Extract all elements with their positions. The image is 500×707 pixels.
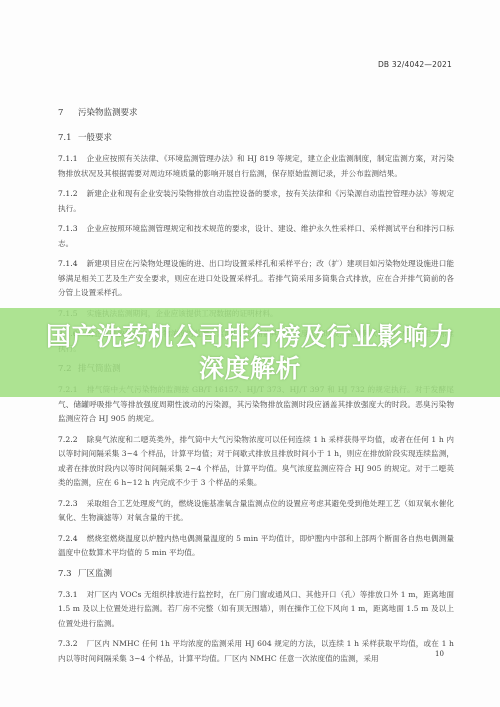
clause-number: 7.1.1	[58, 154, 78, 163]
clause-number: 7.1.4	[58, 259, 78, 268]
clause-text: 除臭气浓度和二噁英类外，排气筒中大气污染物浓度可以任何连续 1 h 采样获得平均…	[58, 435, 454, 488]
clause-number: 7.3.1	[58, 590, 78, 599]
clause-text: 厂区内 NMHC 任何 1h 平均浓度的监测采用 HJ 604 规定的方法，以连…	[58, 639, 454, 663]
section-title: 一般要求	[78, 133, 112, 143]
clause-number: 7.2.2	[58, 435, 78, 444]
clause-7-3-2: 7.3.2厂区内 NMHC 任何 1h 平均浓度的监测采用 HJ 604 规定的…	[58, 637, 454, 666]
page-number: 10	[435, 650, 444, 658]
clause-number: 7.1.3	[58, 224, 78, 233]
banner-title-line-2: 深度解析	[199, 353, 301, 385]
clause-7-1-3: 7.1.3企业应按照环境监测管理规定和技术规范的要求，设计、建设、维护永久性采样…	[58, 222, 454, 251]
clause-text: 企业应按照环境监测管理规定和技术规范的要求，设计、建设、维护永久性采样口、采样测…	[58, 224, 454, 248]
title-banner: 国产洗药机公司排行榜及行业影响力 深度解析	[0, 308, 500, 397]
clause-number: 7.3.2	[58, 639, 78, 648]
clause-text: 新建企业和现有企业安装污染物排放自动监控设备的要求，按有关法律和《污染源自动监控…	[58, 189, 454, 213]
section-title: 厂区监测	[78, 569, 112, 579]
clause-text: 对厂区内 VOCs 无组织排放进行监控时，在厂房门窗或通风口、其他开口（孔）等排…	[58, 590, 454, 628]
clause-number: 7.2.4	[58, 534, 78, 543]
section-number: 7.3	[58, 569, 78, 579]
clause-text: 企业应按照有关法律、《环境监测管理办法》和 HJ 819 等规定，建立企业监测制…	[58, 154, 454, 178]
section-heading-7-1: 7.1一般要求	[58, 131, 454, 143]
clause-7-3-1: 7.3.1对厂区内 VOCs 无组织排放进行监控时，在厂房门窗或通风口、其他开口…	[58, 588, 454, 632]
clause-text: 燃烧室燃烧温度以炉膛内热电偶测量温度的 5 min 平均值计，即炉膛内中部和上部…	[58, 534, 454, 558]
clause-text: 采取组合工艺处理废气的，燃烧设施基准氧含量监测点位的设置应考虑其避免受到他处理工…	[58, 499, 454, 523]
clause-7-2-4: 7.2.4燃烧室燃烧温度以炉膛内热电偶测量温度的 5 min 平均值计，即炉膛内…	[58, 532, 454, 561]
section-heading-7-3: 7.3厂区监测	[58, 567, 454, 579]
clause-7-1-2: 7.1.2新建企业和现有企业安装污染物排放自动监控设备的要求，按有关法律和《污染…	[58, 187, 454, 216]
banner-title-line-1: 国产洗药机公司排行榜及行业影响力	[46, 321, 454, 353]
clause-7-2-3: 7.2.3采取组合工艺处理废气的，燃烧设施基准氧含量监测点位的设置应考虑其避免受…	[58, 497, 454, 526]
clause-text: 新建项目应在污染物处理设施的进、出口均设置采样孔和采样平台；改（扩）建项目如污染…	[58, 259, 454, 297]
section-number: 7.1	[58, 133, 78, 143]
section-title: 污染物监测要求	[78, 108, 138, 118]
standard-number: DB 32/4042—2021	[378, 60, 452, 69]
clause-7-1-1: 7.1.1企业应按照有关法律、《环境监测管理办法》和 HJ 819 等规定，建立…	[58, 152, 454, 181]
clause-7-1-4: 7.1.4新建项目应在污染物处理设施的进、出口均设置采样孔和采样平台；改（扩）建…	[58, 257, 454, 301]
clause-7-2-2: 7.2.2除臭气浓度和二噁英类外，排气筒中大气污染物浓度可以任何连续 1 h 采…	[58, 433, 454, 491]
clause-number: 7.1.2	[58, 189, 78, 198]
section-heading-7: 7污染物监测要求	[58, 106, 454, 118]
clause-number: 7.2.3	[58, 499, 78, 508]
section-number: 7	[58, 108, 78, 118]
